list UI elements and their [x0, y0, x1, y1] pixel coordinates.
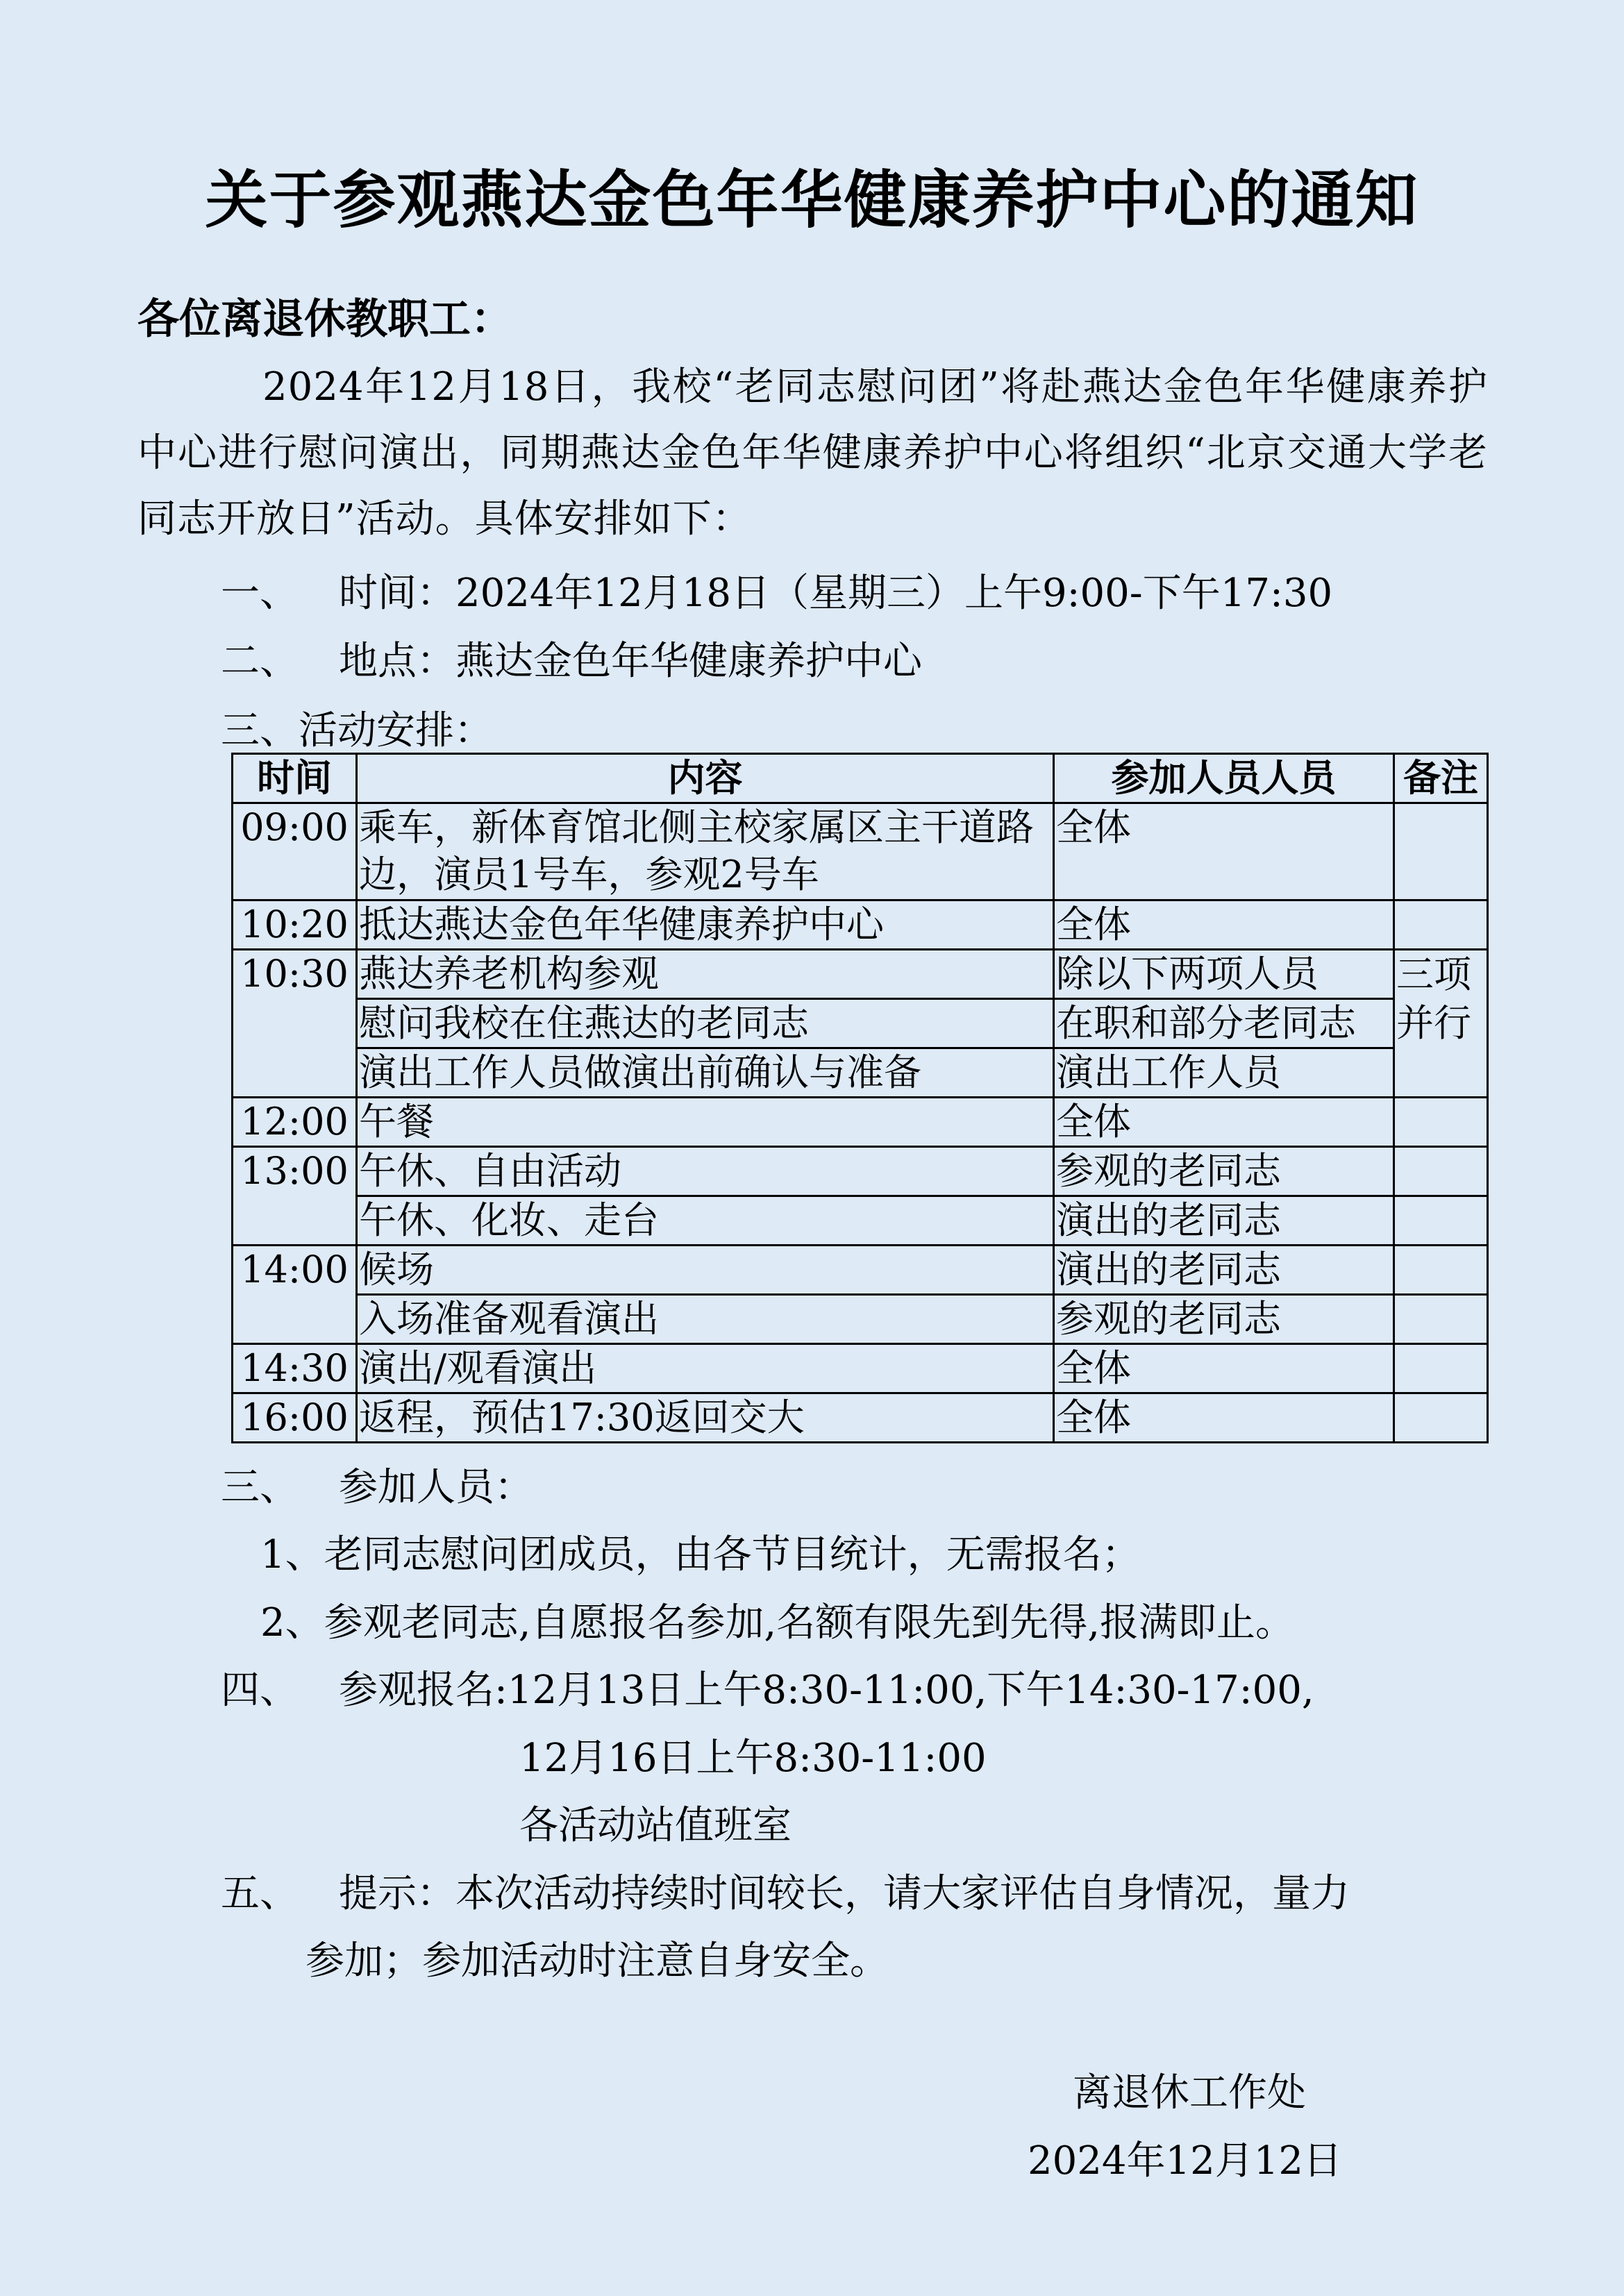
cell-content: 乘车，新体育馆北侧主校家属区主干道路边，演员1号车，参观2号车 — [357, 803, 1054, 900]
table-row: 12:00 午餐 全体 — [233, 1098, 1488, 1147]
section-text: 提示：本次活动持续时间较长，请大家评估自身情况，量力 — [339, 1871, 1350, 1916]
section-text: 地点：燕达金色年华健康养护中心 — [339, 639, 922, 684]
schedule-table: 时间 内容 参加人员人员 备注 09:00 乘车，新体育馆北侧主校家属区主干道路… — [231, 753, 1489, 1443]
cell-note — [1394, 1147, 1488, 1196]
section-time: 一、时间：2024年12月18日（星期三）上午9:00-下午17:30 — [221, 562, 1332, 618]
header-note: 备注 — [1394, 754, 1488, 803]
section-number: 三、 — [221, 1457, 339, 1512]
cell-time: 10:30 — [233, 950, 357, 1098]
cell-people: 在职和部分老同志 — [1054, 999, 1394, 1048]
cell-people: 参观的老同志 — [1054, 1295, 1394, 1344]
cell-people: 全体 — [1054, 803, 1394, 900]
cell-content: 候场 — [357, 1246, 1054, 1295]
cell-time: 09:00 — [233, 803, 357, 900]
cell-note: 三项并行 — [1394, 950, 1488, 1098]
cell-content: 燕达养老机构参观 — [357, 950, 1054, 999]
salutation: 各位离退休教职工： — [137, 286, 512, 346]
cell-note — [1394, 1196, 1488, 1246]
participant-item-2: 2、参观老同志,自愿报名参加,名额有限先到先得,报满即止。 — [260, 1592, 1294, 1648]
registration-line-2: 12月16日上午8:30-11:00 — [519, 1727, 987, 1783]
section-place: 二、地点：燕达金色年华健康养护中心 — [221, 630, 922, 686]
tips-line-2: 参加；参加活动时注意自身安全。 — [305, 1930, 889, 1986]
schedule-heading: 三、活动安排： — [221, 700, 493, 755]
signature-department: 离退休工作处 — [1073, 2062, 1306, 2118]
table-row: 慰问我校在住燕达的老同志 在职和部分老同志 — [233, 999, 1488, 1048]
cell-time: 13:00 — [233, 1147, 357, 1246]
section-registration: 四、参观报名:12月13日上午8:30-11:00,下午14:30-17:00, — [221, 1659, 1314, 1715]
cell-people: 演出工作人员 — [1054, 1048, 1394, 1098]
cell-content: 演出/观看演出 — [357, 1344, 1054, 1393]
participant-item-1: 1、老同志慰问团成员，由各节目统计，无需报名； — [260, 1524, 1141, 1579]
table-header-row: 时间 内容 参加人员人员 备注 — [233, 754, 1488, 803]
table-row: 10:20 抵达燕达金色年华健康养护中心 全体 — [233, 900, 1488, 950]
cell-content: 午休、自由活动 — [357, 1147, 1054, 1196]
intro-paragraph: 2024年12月18日，我校“老同志慰问团”将赴燕达金色年华健康养护中心进行慰问… — [137, 354, 1488, 552]
table-row: 入场准备观看演出 参观的老同志 — [233, 1295, 1488, 1344]
cell-content: 慰问我校在住燕达的老同志 — [357, 999, 1054, 1048]
section-text: 参观报名:12月13日上午8:30-11:00,下午14:30-17:00, — [339, 1668, 1314, 1713]
header-content: 内容 — [357, 754, 1054, 803]
section-participants: 三、参加人员： — [221, 1457, 533, 1512]
cell-people: 演出的老同志 — [1054, 1196, 1394, 1246]
section-tips: 五、提示：本次活动持续时间较长，请大家评估自身情况，量力 — [221, 1863, 1350, 1918]
table-row: 演出工作人员做演出前确认与准备 演出工作人员 — [233, 1048, 1488, 1098]
table-row: 14:00 候场 演出的老同志 — [233, 1246, 1488, 1295]
cell-note — [1394, 1393, 1488, 1443]
cell-note — [1394, 1098, 1488, 1147]
cell-time: 12:00 — [233, 1098, 357, 1147]
table-row: 13:00 午休、自由活动 参观的老同志 — [233, 1147, 1488, 1196]
cell-time: 14:30 — [233, 1344, 357, 1393]
header-time: 时间 — [233, 754, 357, 803]
table-row: 16:00 返程，预估17:30返回交大 全体 — [233, 1393, 1488, 1443]
cell-people: 演出的老同志 — [1054, 1246, 1394, 1295]
table-row: 14:30 演出/观看演出 全体 — [233, 1344, 1488, 1393]
cell-note — [1394, 1344, 1488, 1393]
cell-time: 16:00 — [233, 1393, 357, 1443]
cell-people: 全体 — [1054, 1393, 1394, 1443]
cell-people: 全体 — [1054, 1344, 1394, 1393]
registration-line-3: 各活动站值班室 — [519, 1795, 792, 1850]
section-number: 四、 — [221, 1659, 339, 1715]
cell-content: 入场准备观看演出 — [357, 1295, 1054, 1344]
cell-content: 返程，预估17:30返回交大 — [357, 1393, 1054, 1443]
cell-content: 午休、化妆、走台 — [357, 1196, 1054, 1246]
section-number: 五、 — [221, 1863, 339, 1918]
table-row: 09:00 乘车，新体育馆北侧主校家属区主干道路边，演员1号车，参观2号车 全体 — [233, 803, 1488, 900]
cell-time: 14:00 — [233, 1246, 357, 1344]
signature-date: 2024年12月12日 — [1028, 2130, 1342, 2186]
cell-time: 10:20 — [233, 900, 357, 950]
cell-note — [1394, 900, 1488, 950]
cell-people: 全体 — [1054, 900, 1394, 950]
header-people: 参加人员人员 — [1054, 754, 1394, 803]
table-row: 午休、化妆、走台 演出的老同志 — [233, 1196, 1488, 1246]
cell-content: 午餐 — [357, 1098, 1054, 1147]
cell-note — [1394, 1246, 1488, 1295]
cell-note — [1394, 1295, 1488, 1344]
cell-people: 参观的老同志 — [1054, 1147, 1394, 1196]
cell-content: 抵达燕达金色年华健康养护中心 — [357, 900, 1054, 950]
section-text: 时间：2024年12月18日（星期三）上午9:00-下午17:30 — [339, 571, 1332, 616]
document-title: 关于参观燕达金色年华健康养护中心的通知 — [0, 149, 1624, 240]
cell-people: 全体 — [1054, 1098, 1394, 1147]
section-text: 参加人员： — [339, 1465, 533, 1510]
cell-note — [1394, 803, 1488, 900]
section-number: 一、 — [221, 562, 339, 618]
cell-people: 除以下两项人员 — [1054, 950, 1394, 999]
cell-content: 演出工作人员做演出前确认与准备 — [357, 1048, 1054, 1098]
table-row: 10:30 燕达养老机构参观 除以下两项人员 三项并行 — [233, 950, 1488, 999]
section-number: 二、 — [221, 630, 339, 686]
